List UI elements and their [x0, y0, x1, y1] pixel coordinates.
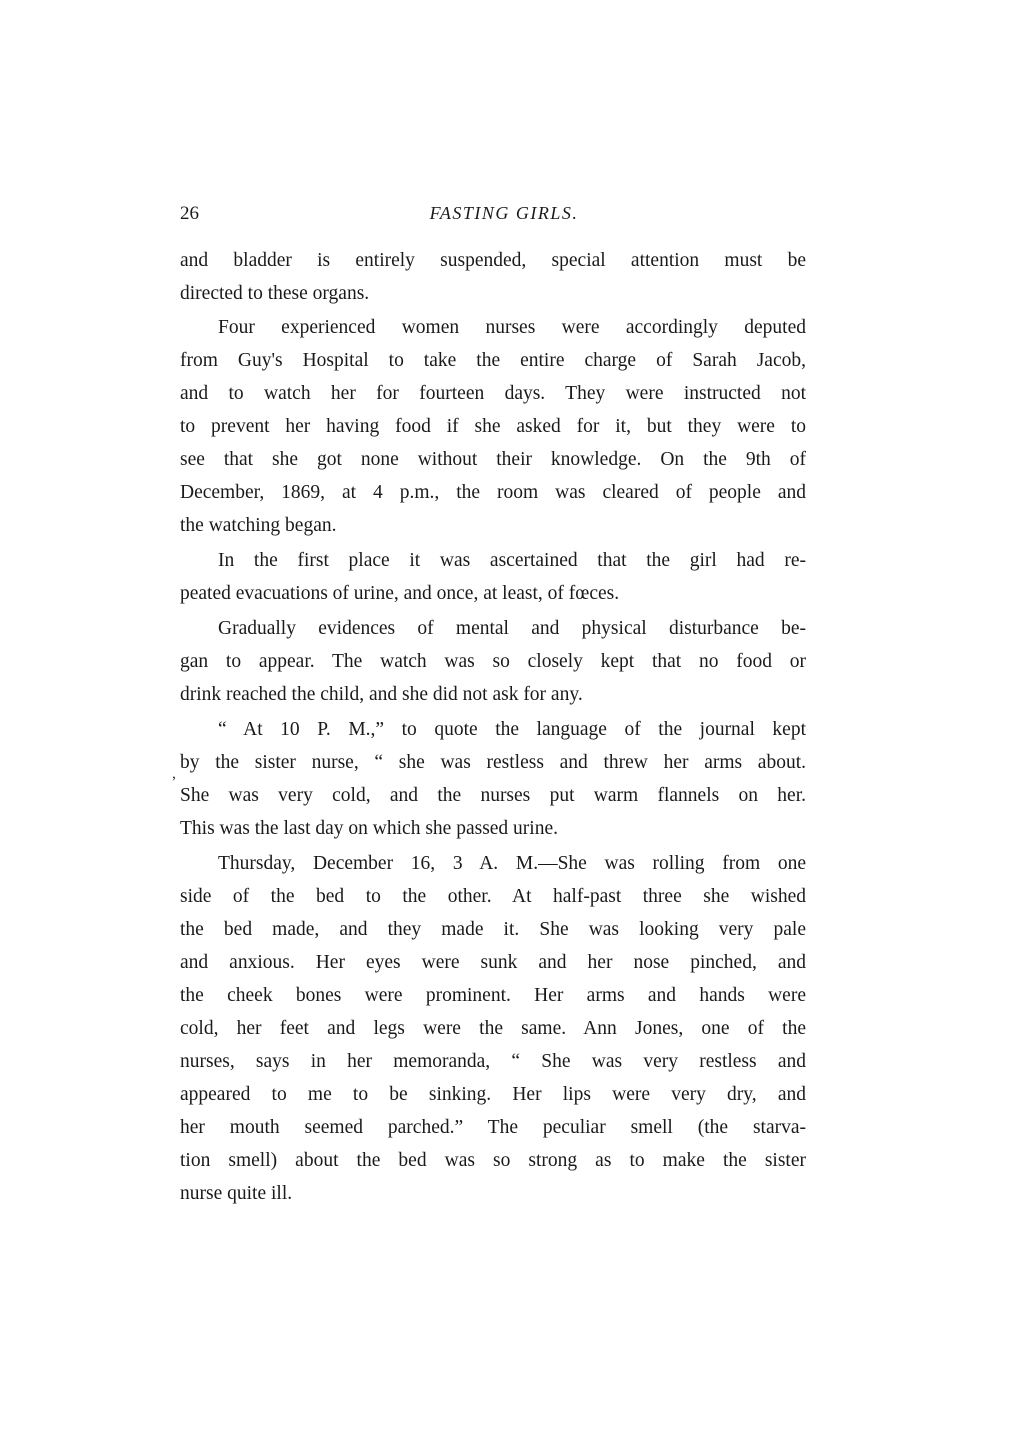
text-line: Thursday, December 16, 3 A. M.—She was r…	[180, 847, 806, 880]
text-line: nurse quite ill.	[180, 1177, 806, 1210]
text-line: the cheek bones were prominent. Her arms…	[180, 979, 806, 1012]
text-line: Gradually evidences of mental and physic…	[180, 612, 806, 645]
text-line: In the first place it was ascertained th…	[180, 544, 806, 577]
text-line: from Guy's Hospital to take the entire c…	[180, 344, 806, 377]
running-head: 26 FASTING GIRLS.	[180, 203, 808, 231]
text-line: cold, her feet and legs were the same. A…	[180, 1012, 806, 1045]
text-line: drink reached the child, and she did not…	[180, 678, 806, 711]
text-line: directed to these organs.	[180, 277, 806, 310]
text-line: Four experienced women nurses were accor…	[180, 311, 806, 344]
text-line: to prevent her having food if she asked …	[180, 410, 806, 443]
text-line: gan to appear. The watch was so closely …	[180, 645, 806, 678]
text-line: her mouth seemed parched.” The peculiar …	[180, 1111, 806, 1144]
text-line: by the sister nurse, “ she was restless …	[180, 746, 806, 779]
text-line: the bed made, and they made it. She was …	[180, 913, 806, 946]
text-line: nurses, says in her memoranda, “ She was…	[180, 1045, 806, 1078]
text-line: and to watch her for fourteen days. They…	[180, 377, 806, 410]
text-line: “ At 10 P. M.,” to quote the language of…	[180, 713, 806, 746]
text-line: side of the bed to the other. At half-pa…	[180, 880, 806, 913]
running-title: FASTING GIRLS.	[180, 203, 808, 224]
text-line: the watching began.	[180, 509, 806, 542]
book-page: 26 FASTING GIRLS. , and bladder is entir…	[0, 0, 1025, 1429]
text-line: She was very cold, and the nurses put wa…	[180, 779, 806, 812]
text-line: tion smell) about the bed was so strong …	[180, 1144, 806, 1177]
text-line: December, 1869, at 4 p.m., the room was …	[180, 476, 806, 509]
margin-mark: ,	[172, 765, 176, 783]
text-line: This was the last day on which she passe…	[180, 812, 806, 845]
text-line: and anxious. Her eyes were sunk and her …	[180, 946, 806, 979]
text-line: see that she got none without their know…	[180, 443, 806, 476]
text-line: appeared to me to be sinking. Her lips w…	[180, 1078, 806, 1111]
text-line: and bladder is entirely suspended, speci…	[180, 244, 806, 277]
text-line: peated evacuations of urine, and once, a…	[180, 577, 806, 610]
